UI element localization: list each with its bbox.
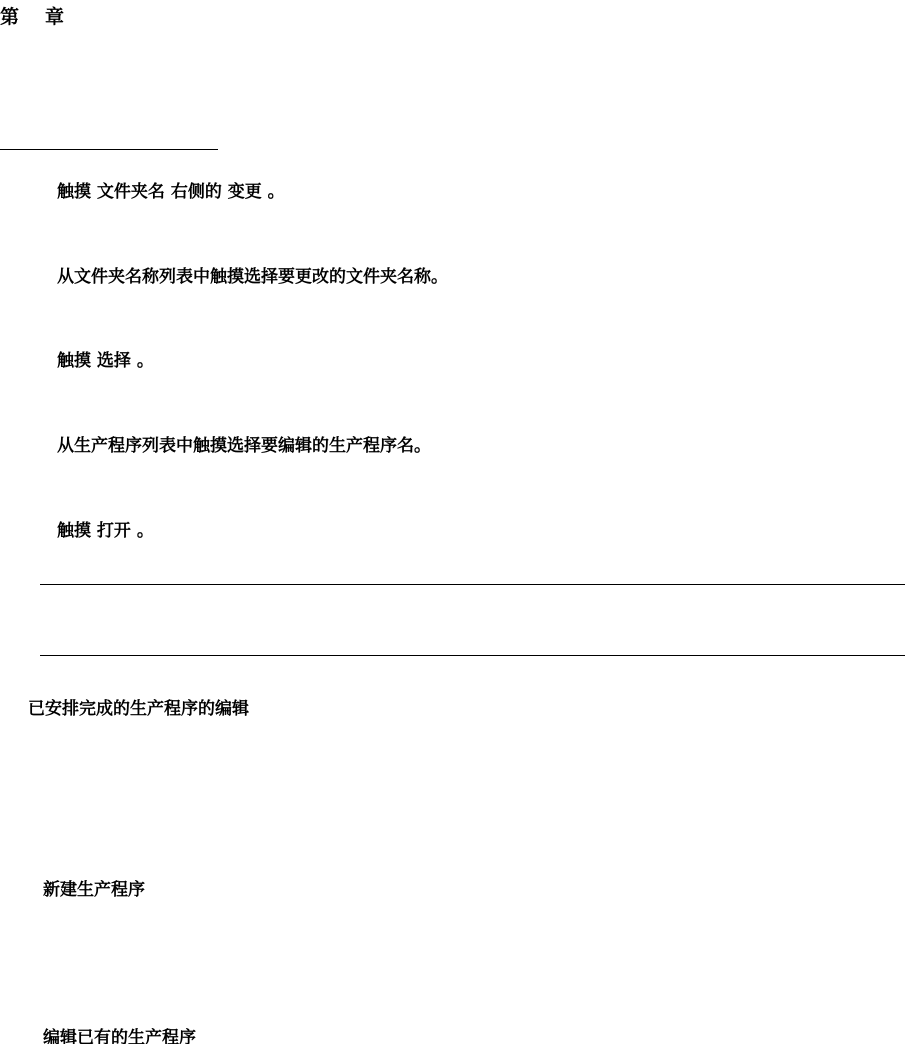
header-divider	[0, 149, 218, 150]
note-bottom-divider	[40, 655, 905, 656]
chapter-prefix: 第	[0, 2, 19, 29]
subsection-new-program: 新建生产程序	[43, 875, 145, 900]
step-5: 触摸 打开 。	[57, 516, 154, 541]
step-3: 触摸 选择 。	[57, 346, 154, 371]
chapter-suffix: 章	[45, 2, 64, 29]
subsection-edit-program: 编辑已有的生产程序	[43, 1023, 196, 1044]
step-1: 触摸 文件夹名 右侧的 变更 。	[57, 177, 285, 202]
chapter-heading: 第章	[0, 2, 64, 29]
note-top-divider	[40, 584, 905, 585]
step-2: 从文件夹名称列表中触摸选择要更改的文件夹名称。	[57, 262, 448, 287]
step-4: 从生产程序列表中触摸选择要编辑的生产程序名。	[57, 431, 431, 456]
section-title: 已安排完成的生产程序的编辑	[28, 694, 249, 719]
